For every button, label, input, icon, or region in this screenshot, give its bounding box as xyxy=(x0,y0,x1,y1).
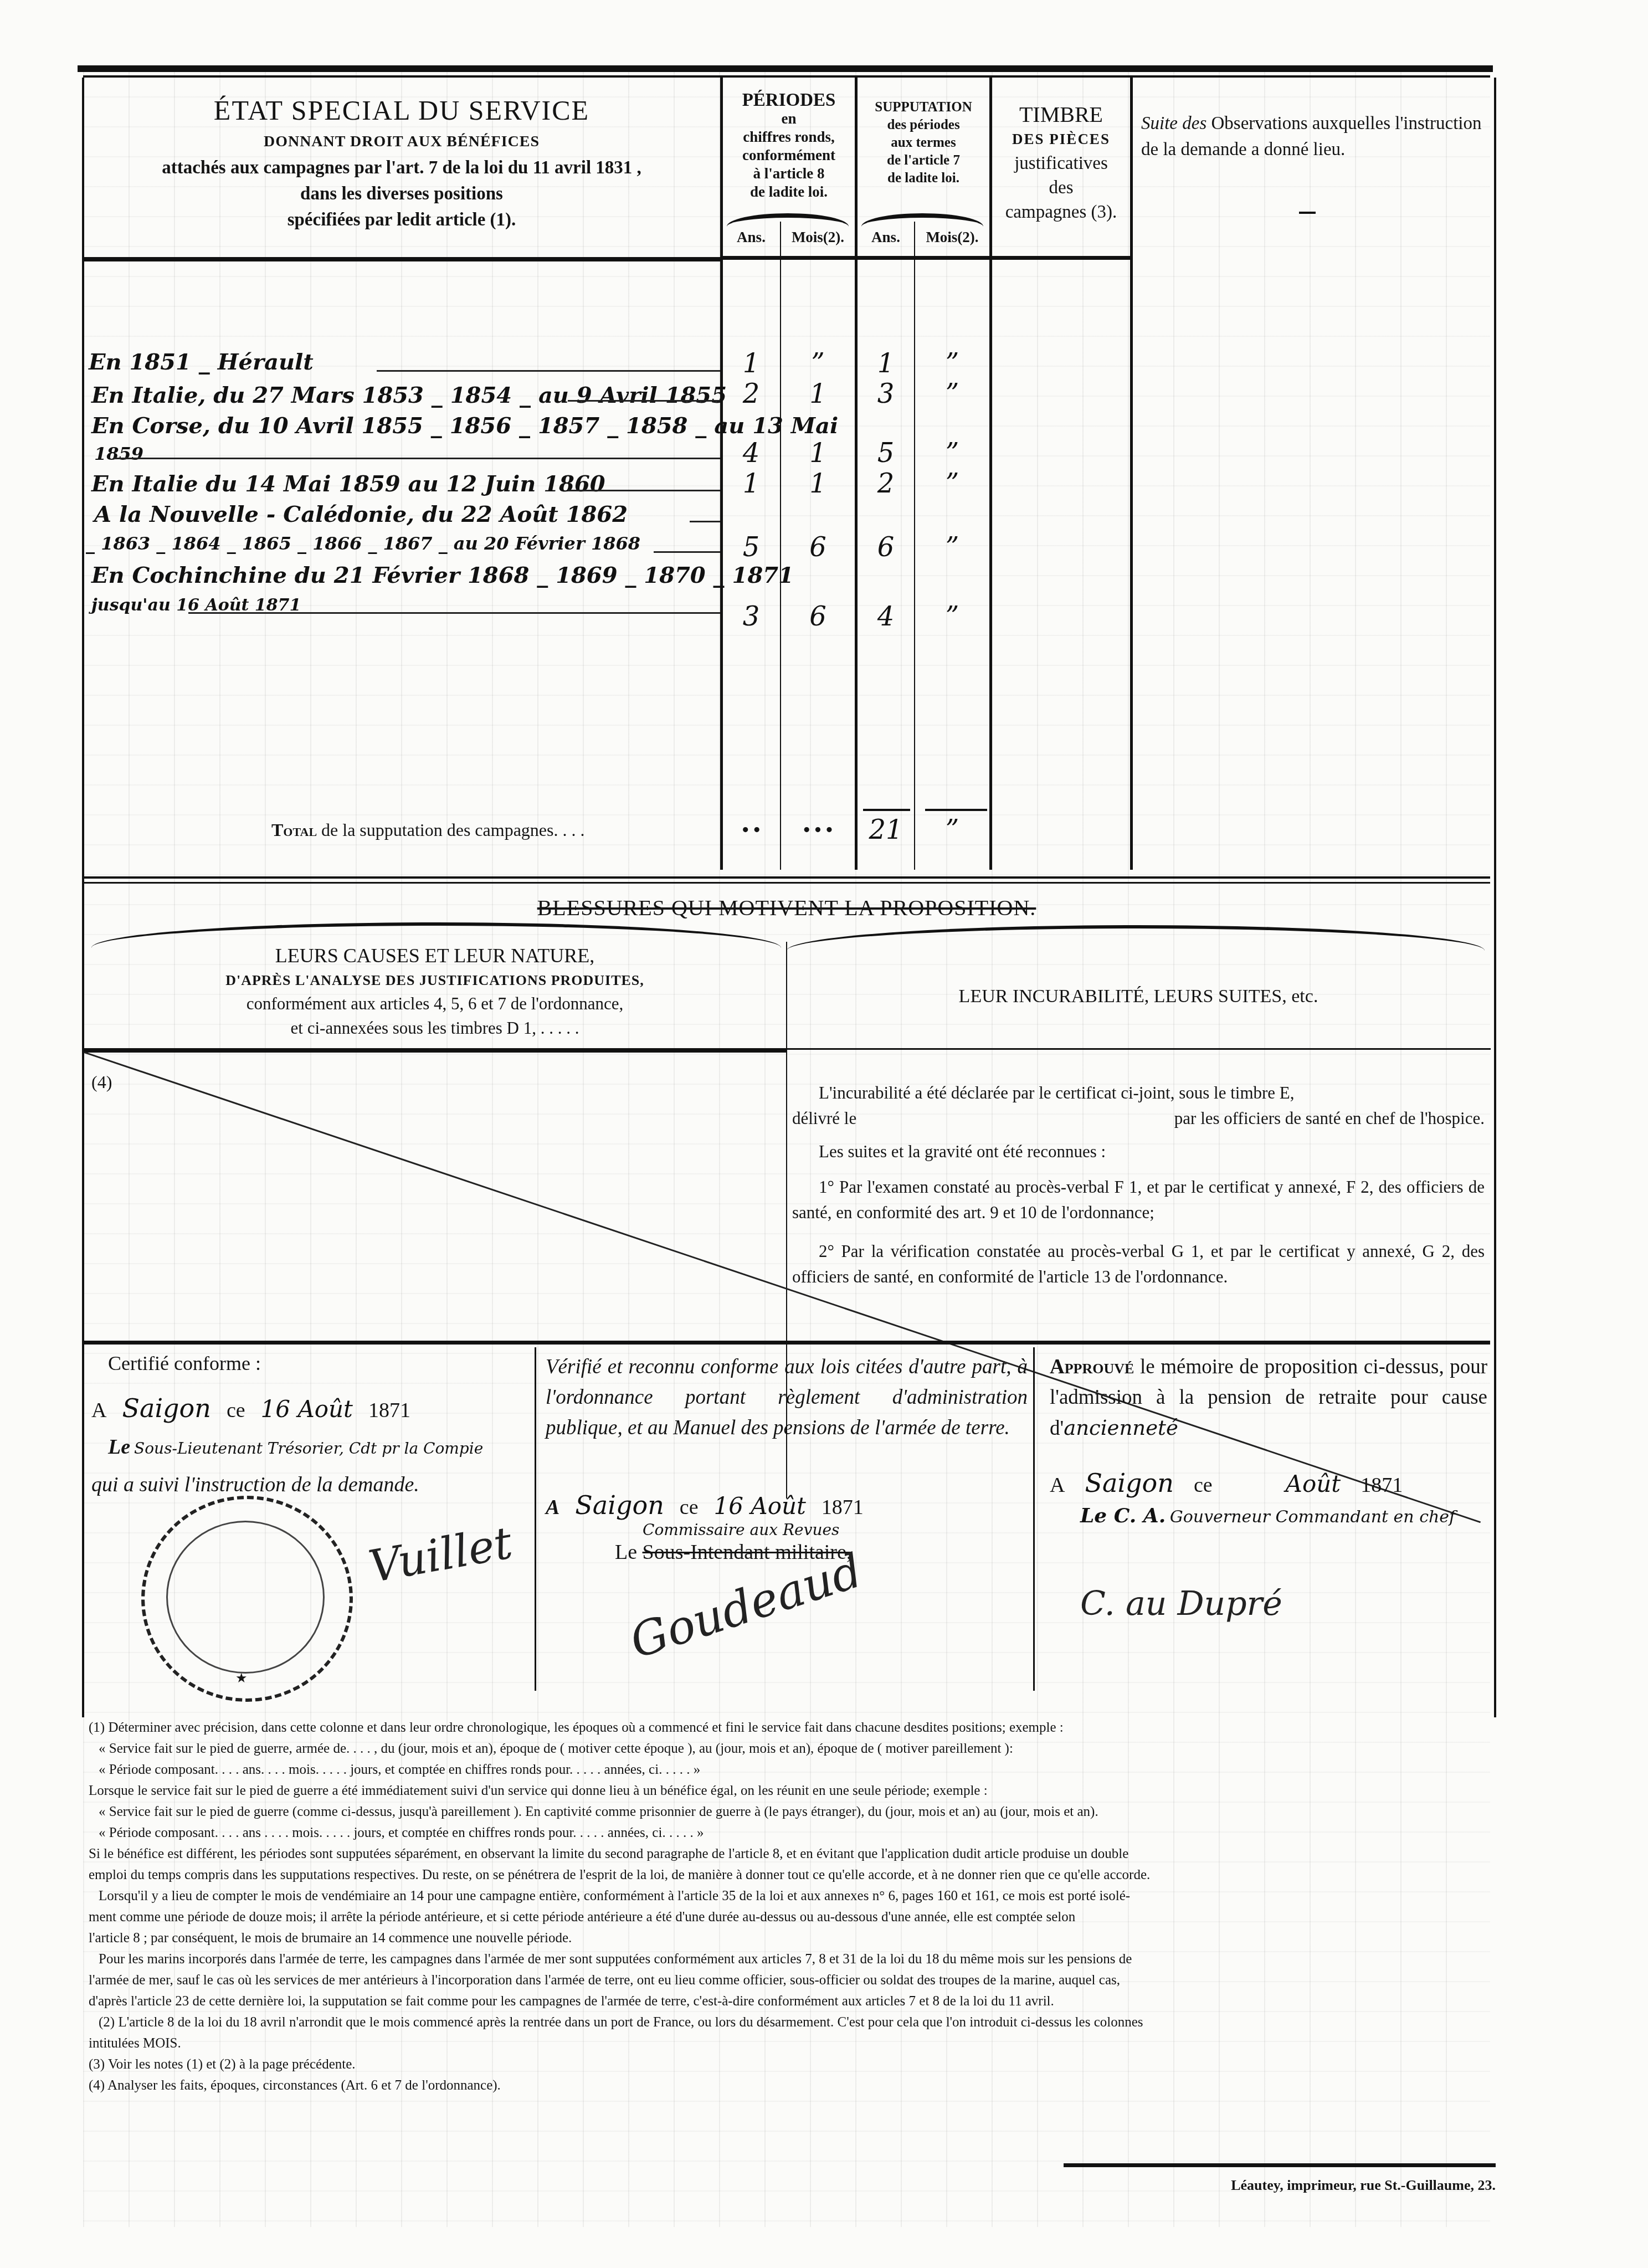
supputation-mois-value: ” xyxy=(915,378,989,409)
left-header-line: LEURS CAUSES ET LEUR NATURE, xyxy=(89,942,781,969)
periodes-mois-value: 1 xyxy=(781,438,855,469)
place-hand: Saigon xyxy=(575,1490,664,1520)
periodes-mois-header: Mois(2). xyxy=(781,228,855,247)
blessures-header-rule-left xyxy=(83,1048,787,1053)
footnote-line: (2) L'article 8 de la loi du 18 avril n'… xyxy=(89,2012,1490,2033)
form-subtitle: DONNANT DROIT AUX BÉNÉFICES xyxy=(89,133,715,151)
entry-line xyxy=(377,370,720,372)
periodes-ans-value: 5 xyxy=(723,532,779,563)
ce-label: ce xyxy=(680,1495,699,1520)
supputation-title: SUPPUTATION xyxy=(858,99,989,116)
observations-italic: Suite des xyxy=(1141,114,1207,134)
periodes-line: à l'article 8 xyxy=(723,165,855,183)
year: 1871 xyxy=(368,1398,410,1423)
timbre-line: justificatives xyxy=(992,151,1130,176)
certifie-role-print: qui a suivi l'instruction de la demande. xyxy=(91,1472,419,1497)
left-header-line: D'APRÈS L'ANALYSE DES JUSTIFICATIONS PRO… xyxy=(89,969,781,992)
timbre-header: TIMBRE DES PIÈCES justificatives des cam… xyxy=(992,102,1130,224)
approuve-heading: Approuvé xyxy=(1050,1356,1134,1378)
entry-line xyxy=(654,551,720,553)
footnote-line: « Service fait sur le pied de guerre, ar… xyxy=(89,1738,1490,1759)
header-bottom-rule xyxy=(83,257,720,261)
year: 1871 xyxy=(822,1495,864,1520)
footnote-line: l'article 8 ; par conséquent, le mois de… xyxy=(89,1928,1490,1949)
service-entry: En Cochinchine du 21 Février 1868 _ 1869… xyxy=(91,562,794,588)
periodes-ans-value: 2 xyxy=(723,378,779,409)
suites-point-1: 1° Par l'examen constaté au procès-verba… xyxy=(792,1174,1485,1225)
supputation-ans-value: 5 xyxy=(858,438,914,469)
footnote-line: Pour les marins incorporés dans l'armée … xyxy=(89,1949,1490,1970)
header-line-1: attachés aux campagnes par l'art. 7 de l… xyxy=(89,155,715,181)
supputation-ans-value: 1 xyxy=(858,348,914,379)
supputation-ans-header: Ans. xyxy=(858,228,914,247)
certifie-place-date: A Saigon ce 16 Août 1871 xyxy=(91,1393,529,1423)
footnote-line: « Période composant. . . . ans . . . . m… xyxy=(89,1823,1490,1844)
certifie-heading: Certifié conforme : xyxy=(108,1352,261,1375)
entry-line xyxy=(188,612,720,614)
place-hand: Saigon xyxy=(122,1393,211,1423)
role-hand: Sous-Lieutenant Trésorier, Cdt pr la Com… xyxy=(134,1439,483,1458)
total-periodes-mois: • • • xyxy=(781,820,855,841)
a-label: A xyxy=(91,1398,106,1423)
ce-label: ce xyxy=(227,1398,245,1423)
footnote-line: l'armée de mer, sauf le cas où les servi… xyxy=(89,1970,1490,1991)
footnotes: (1) Déterminer avec précision, dans cett… xyxy=(89,1717,1490,2096)
left-header-line: et ci-annexées sous les timbres D 1, . .… xyxy=(89,1016,781,1040)
document-page: ÉTAT SPECIAL DU SERVICE DONNANT DROIT AU… xyxy=(0,0,1648,2268)
periodes-line: de ladite loi. xyxy=(723,183,855,201)
suites-intro: Les suites et la gravité ont été reconnu… xyxy=(792,1139,1485,1164)
service-entry: En 1851 _ Hérault xyxy=(89,349,314,375)
entry-line xyxy=(568,490,720,491)
date-hand: 16 Août xyxy=(261,1395,353,1423)
role-prefix: Le C. A. xyxy=(1080,1504,1166,1527)
supputation-line: de ladite loi. xyxy=(858,170,989,187)
cert-divider-2 xyxy=(1033,1347,1035,1691)
supputation-ans-value: 2 xyxy=(858,468,914,499)
a-label: A xyxy=(546,1495,559,1520)
form-title: ÉTAT SPECIAL DU SERVICE xyxy=(89,94,715,126)
supputation-ans-value: 6 xyxy=(858,532,914,563)
supputation-mois-value: ” xyxy=(915,468,989,499)
service-entry: En Italie, du 27 Mars 1853 _ 1854 _ au 9… xyxy=(91,382,727,408)
supputation-mois-value: ” xyxy=(915,348,989,379)
incurabilite-block: L'incurabilité a été déclarée par le cer… xyxy=(792,1080,1485,1290)
service-entry-cont: 1859 xyxy=(94,443,143,464)
total-supputation-ans: 21 xyxy=(858,814,914,845)
top-rule xyxy=(78,65,1493,72)
footnote-line: (1) Déterminer avec précision, dans cett… xyxy=(89,1717,1490,1738)
approuve-role: Le C. A. Gouverneur Commandant en chef xyxy=(1080,1504,1455,1527)
periodes-title: PÉRIODES xyxy=(723,91,855,110)
periodes-mois-value: 6 xyxy=(781,601,855,632)
officiers-sante: par les officiers de santé en chef de l'… xyxy=(1174,1106,1485,1131)
header-line-2: dans les diverses positions xyxy=(89,181,715,207)
entry-line xyxy=(114,458,720,459)
place-hand: Saigon xyxy=(1085,1468,1173,1498)
timbre-line: campagnes (3). xyxy=(992,200,1130,224)
blessures-title: BLESSURES QUI MOTIVENT LA PROPOSITION. xyxy=(83,895,1490,921)
supputation-line: aux termes xyxy=(858,134,989,152)
footnote-line: Lorsque le service fait sur le pied de g… xyxy=(89,1780,1490,1802)
footnote-line: ment comme une période de douze mois; il… xyxy=(89,1907,1490,1928)
supputation-line: des périodes xyxy=(858,116,989,134)
footnote-line: Lorsqu'il y a lieu de compter le mois de… xyxy=(89,1886,1490,1907)
supputation-mois-value: ” xyxy=(915,532,989,563)
verifie-place-date: A Saigon ce 16 Août 1871 xyxy=(546,1490,1028,1520)
total-label-text: de la supputation des campagnes. . . . xyxy=(321,820,584,840)
footnote-line: (4) Analyser les faits, époques, circons… xyxy=(89,2075,1490,2096)
timbre-line: des xyxy=(992,176,1130,200)
supputation-mois-header: Mois(2). xyxy=(915,228,989,247)
blessures-right-header: LEUR INCURABILITÉ, LEURS SUITES, etc. xyxy=(789,986,1487,1007)
stamp-star-icon: ★ xyxy=(235,1670,248,1686)
left-header-line: conformément aux articles 4, 5, 6 et 7 d… xyxy=(89,992,781,1016)
footnote-line: « Service fait sur le pied de guerre (co… xyxy=(89,1802,1490,1823)
timbre-title: TIMBRE xyxy=(992,102,1130,127)
periodes-ans-value: 3 xyxy=(723,601,779,632)
service-entry: En Corse, du 10 Avril 1855 _ 1856 _ 1857… xyxy=(91,413,838,439)
periodes-ans-value: 1 xyxy=(723,468,779,499)
periodes-line: conformément xyxy=(723,146,855,165)
periodes-ans-header: Ans. xyxy=(723,228,779,247)
supputation-line: de l'article 7 xyxy=(858,152,989,170)
total-rule-mois xyxy=(925,809,987,811)
observations-header: Suite des Observations auxquelles l'inst… xyxy=(1141,111,1490,163)
verifie-role-hand: Commissaire aux Revues xyxy=(643,1521,839,1539)
periodes-mois-value: ” xyxy=(781,348,855,379)
signature-approuve: C. au Dupré xyxy=(1080,1584,1282,1623)
a-label: A xyxy=(1050,1473,1065,1497)
le-label: Le xyxy=(615,1541,637,1564)
total-supputation-mois: ” xyxy=(915,814,989,845)
incurabilite-text: L'incurabilité a été déclarée par le cer… xyxy=(792,1080,1485,1106)
observations-dash xyxy=(1299,212,1316,214)
ce-label: ce xyxy=(1194,1473,1213,1497)
supputation-ans-value: 4 xyxy=(858,601,914,632)
periodes-line: chiffres ronds, xyxy=(723,128,855,146)
footnote-line: Si le bénéfice est différent, les périod… xyxy=(89,1844,1490,1865)
verifie-text: Vérifié et reconnu conforme aux lois cit… xyxy=(546,1352,1028,1443)
header-line-3: spécifiées par ledit article (1). xyxy=(89,207,715,233)
section-double-rule-bottom xyxy=(83,882,1490,884)
total-label-prefix: Total xyxy=(271,820,317,840)
date-hand: Août xyxy=(1286,1470,1341,1497)
footnote-line: (3) Voir les notes (1) et (2) à la page … xyxy=(89,2054,1490,2075)
stamp-inner-ring xyxy=(166,1521,325,1674)
certifie-role: Le Sous-Lieutenant Trésorier, Cdt pr la … xyxy=(108,1435,535,1459)
header-block: ÉTAT SPECIAL DU SERVICE DONNANT DROIT AU… xyxy=(89,94,715,233)
header-bottom-rule-cols xyxy=(723,256,1131,260)
periodes-mois-value: 1 xyxy=(781,468,855,499)
entry-line xyxy=(690,521,720,522)
footnote-line: emploi du temps compris dans les supputa… xyxy=(89,1865,1490,1886)
le-label: Le xyxy=(108,1435,130,1459)
supputation-mois-value: ” xyxy=(915,601,989,632)
total-periodes-ans: • • xyxy=(723,820,779,841)
service-entry: A la Nouvelle - Calédonie, du 22 Août 18… xyxy=(94,501,628,527)
suites-point-2: 2° Par la vérification constatée au proc… xyxy=(792,1239,1485,1290)
printer-imprint: Léautey, imprimeur, rue St.-Guillaume, 2… xyxy=(1064,2177,1496,2194)
cert-divider-1 xyxy=(535,1347,536,1691)
delivre-le: délivré le xyxy=(792,1106,856,1131)
footnote-line: intitulées MOIS. xyxy=(89,2033,1490,2054)
supputation-ans-value: 3 xyxy=(858,378,914,409)
footnote-line: d'après l'article 23 de cette dernière l… xyxy=(89,1991,1490,2012)
printer-rule xyxy=(1064,2163,1496,2167)
periodes-header: PÉRIODES en chiffres ronds, conformément… xyxy=(723,91,855,201)
certification-rule xyxy=(83,1341,1490,1345)
footnote-line: « Période composant. . . . ans. . . . mo… xyxy=(89,1759,1490,1780)
blessures-header-rule-right xyxy=(787,1048,1491,1050)
periodes-mois-value: 6 xyxy=(781,532,855,563)
total-rule-ans xyxy=(863,809,910,811)
periodes-ans-value: 1 xyxy=(723,348,779,379)
service-entry-cont: _ 1863 _ 1864 _ 1865 _ 1866 _ 1867 _ au … xyxy=(86,533,640,554)
periodes-line: en xyxy=(723,110,855,128)
supputation-mois-value: ” xyxy=(915,438,989,469)
periodes-ans-value: 4 xyxy=(723,438,779,469)
blessures-note-ref: (4) xyxy=(91,1072,112,1092)
blessures-left-header: LEURS CAUSES ET LEUR NATURE, D'APRÈS L'A… xyxy=(89,942,781,1040)
timbre-line: DES PIÈCES xyxy=(992,127,1130,151)
divider-observations-left xyxy=(1130,78,1133,870)
section-double-rule-top xyxy=(83,876,1490,879)
entry-line xyxy=(568,400,720,402)
date-hand: 16 Août xyxy=(714,1492,806,1520)
incurabilite-line2: délivré le par les officiers de santé en… xyxy=(792,1106,1485,1131)
supputation-header: SUPPUTATION des périodes aux termes de l… xyxy=(858,99,989,187)
year: 1871 xyxy=(1361,1473,1403,1497)
role-hand: Gouverneur Commandant en chef xyxy=(1170,1507,1455,1527)
service-entry: En Italie du 14 Mai 1859 au 12 Juin 1860 xyxy=(91,471,605,497)
total-label: Total de la supputation des campagnes. .… xyxy=(271,820,585,840)
approuve-place-date: A Saigon ce Août 1871 xyxy=(1050,1468,1487,1498)
approuve-text: Approuvé le mémoire de proposition ci-de… xyxy=(1050,1352,1487,1444)
periodes-mois-value: 1 xyxy=(781,378,855,409)
cause-hand: ancienneté xyxy=(1064,1416,1178,1440)
